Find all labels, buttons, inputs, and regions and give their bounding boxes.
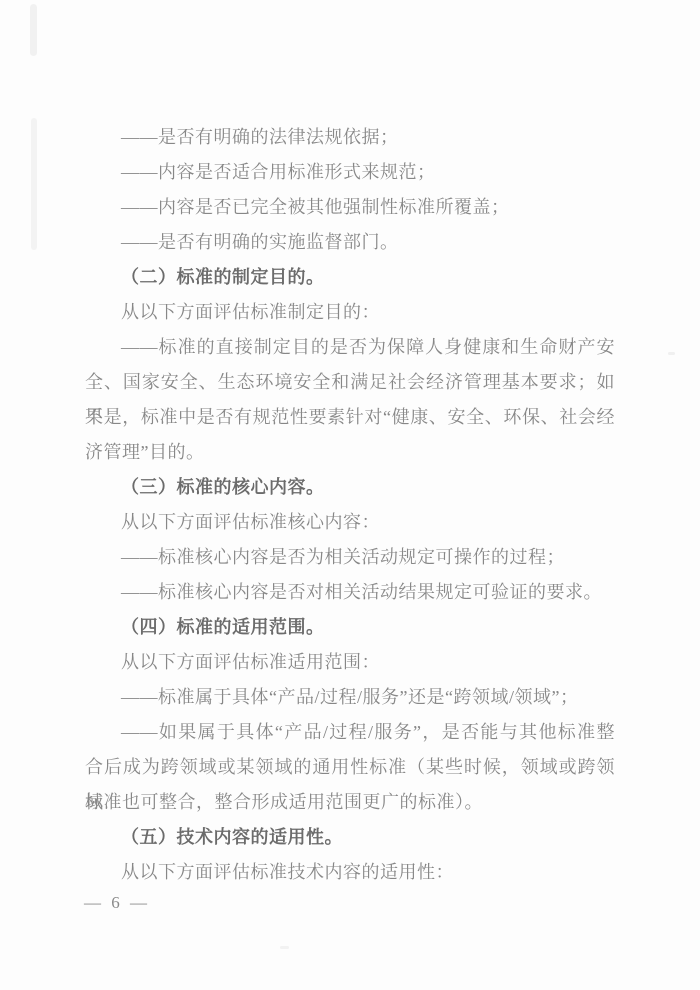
text-line: 从以下方面评估标准制定目的： xyxy=(85,295,615,330)
text-line: ——内容是否适合用标准形式来规范； xyxy=(85,155,615,190)
scan-artifact xyxy=(280,946,289,949)
text-line: ——标准属于具体“产品/过程/服务”还是“跨领域/领域”； xyxy=(85,680,615,715)
text-line: 全、国家安全、生态环境安全和满足社会经济管理基本要求；如果 xyxy=(85,365,615,400)
text-line: 从以下方面评估标准核心内容： xyxy=(85,505,615,540)
text-line: 从以下方面评估标准技术内容的适用性： xyxy=(85,855,615,890)
text-line: ——标准的直接制定目的是否为保障人身健康和生命财产安 xyxy=(85,330,615,365)
text-line: 不是，标准中是否有规范性要素针对“健康、安全、环保、社会经 xyxy=(85,400,615,435)
page-number: — 6 — xyxy=(84,888,150,918)
text-line: ——内容是否已完全被其他强制性标准所覆盖； xyxy=(85,190,615,225)
heading-line: （二）标准的制定目的。 xyxy=(85,260,615,295)
scanned-document-page: ——是否有明确的法律法规依据；——内容是否适合用标准形式来规范；——内容是否已完… xyxy=(0,0,700,990)
text-line: ——标准核心内容是否为相关活动规定可操作的过程； xyxy=(85,540,615,575)
text-line: ——标准核心内容是否对相关活动结果规定可验证的要求。 xyxy=(85,575,615,610)
heading-line: （三）标准的核心内容。 xyxy=(85,470,615,505)
text-line: ——是否有明确的实施监督部门。 xyxy=(85,225,615,260)
text-line: ——是否有明确的法律法规依据； xyxy=(85,120,615,155)
text-line: 济管理”目的。 xyxy=(85,435,615,470)
scan-artifact xyxy=(31,118,37,250)
heading-line: （五）技术内容的适用性。 xyxy=(85,820,615,855)
text-line: ——如果属于具体“产品/过程/服务”，是否能与其他标准整 xyxy=(85,715,615,750)
heading-line: （四）标准的适用范围。 xyxy=(85,610,615,645)
text-block: ——是否有明确的法律法规依据；——内容是否适合用标准形式来规范；——内容是否已完… xyxy=(85,120,615,890)
scan-artifact xyxy=(668,352,675,355)
text-line: 标准也可整合，整合形成适用范围更广的标准）。 xyxy=(85,785,615,820)
scan-artifact xyxy=(30,4,37,56)
text-line: 合后成为跨领域或某领域的通用性标准（某些时候，领域或跨领域 xyxy=(85,750,615,785)
text-line: 从以下方面评估标准适用范围： xyxy=(85,645,615,680)
